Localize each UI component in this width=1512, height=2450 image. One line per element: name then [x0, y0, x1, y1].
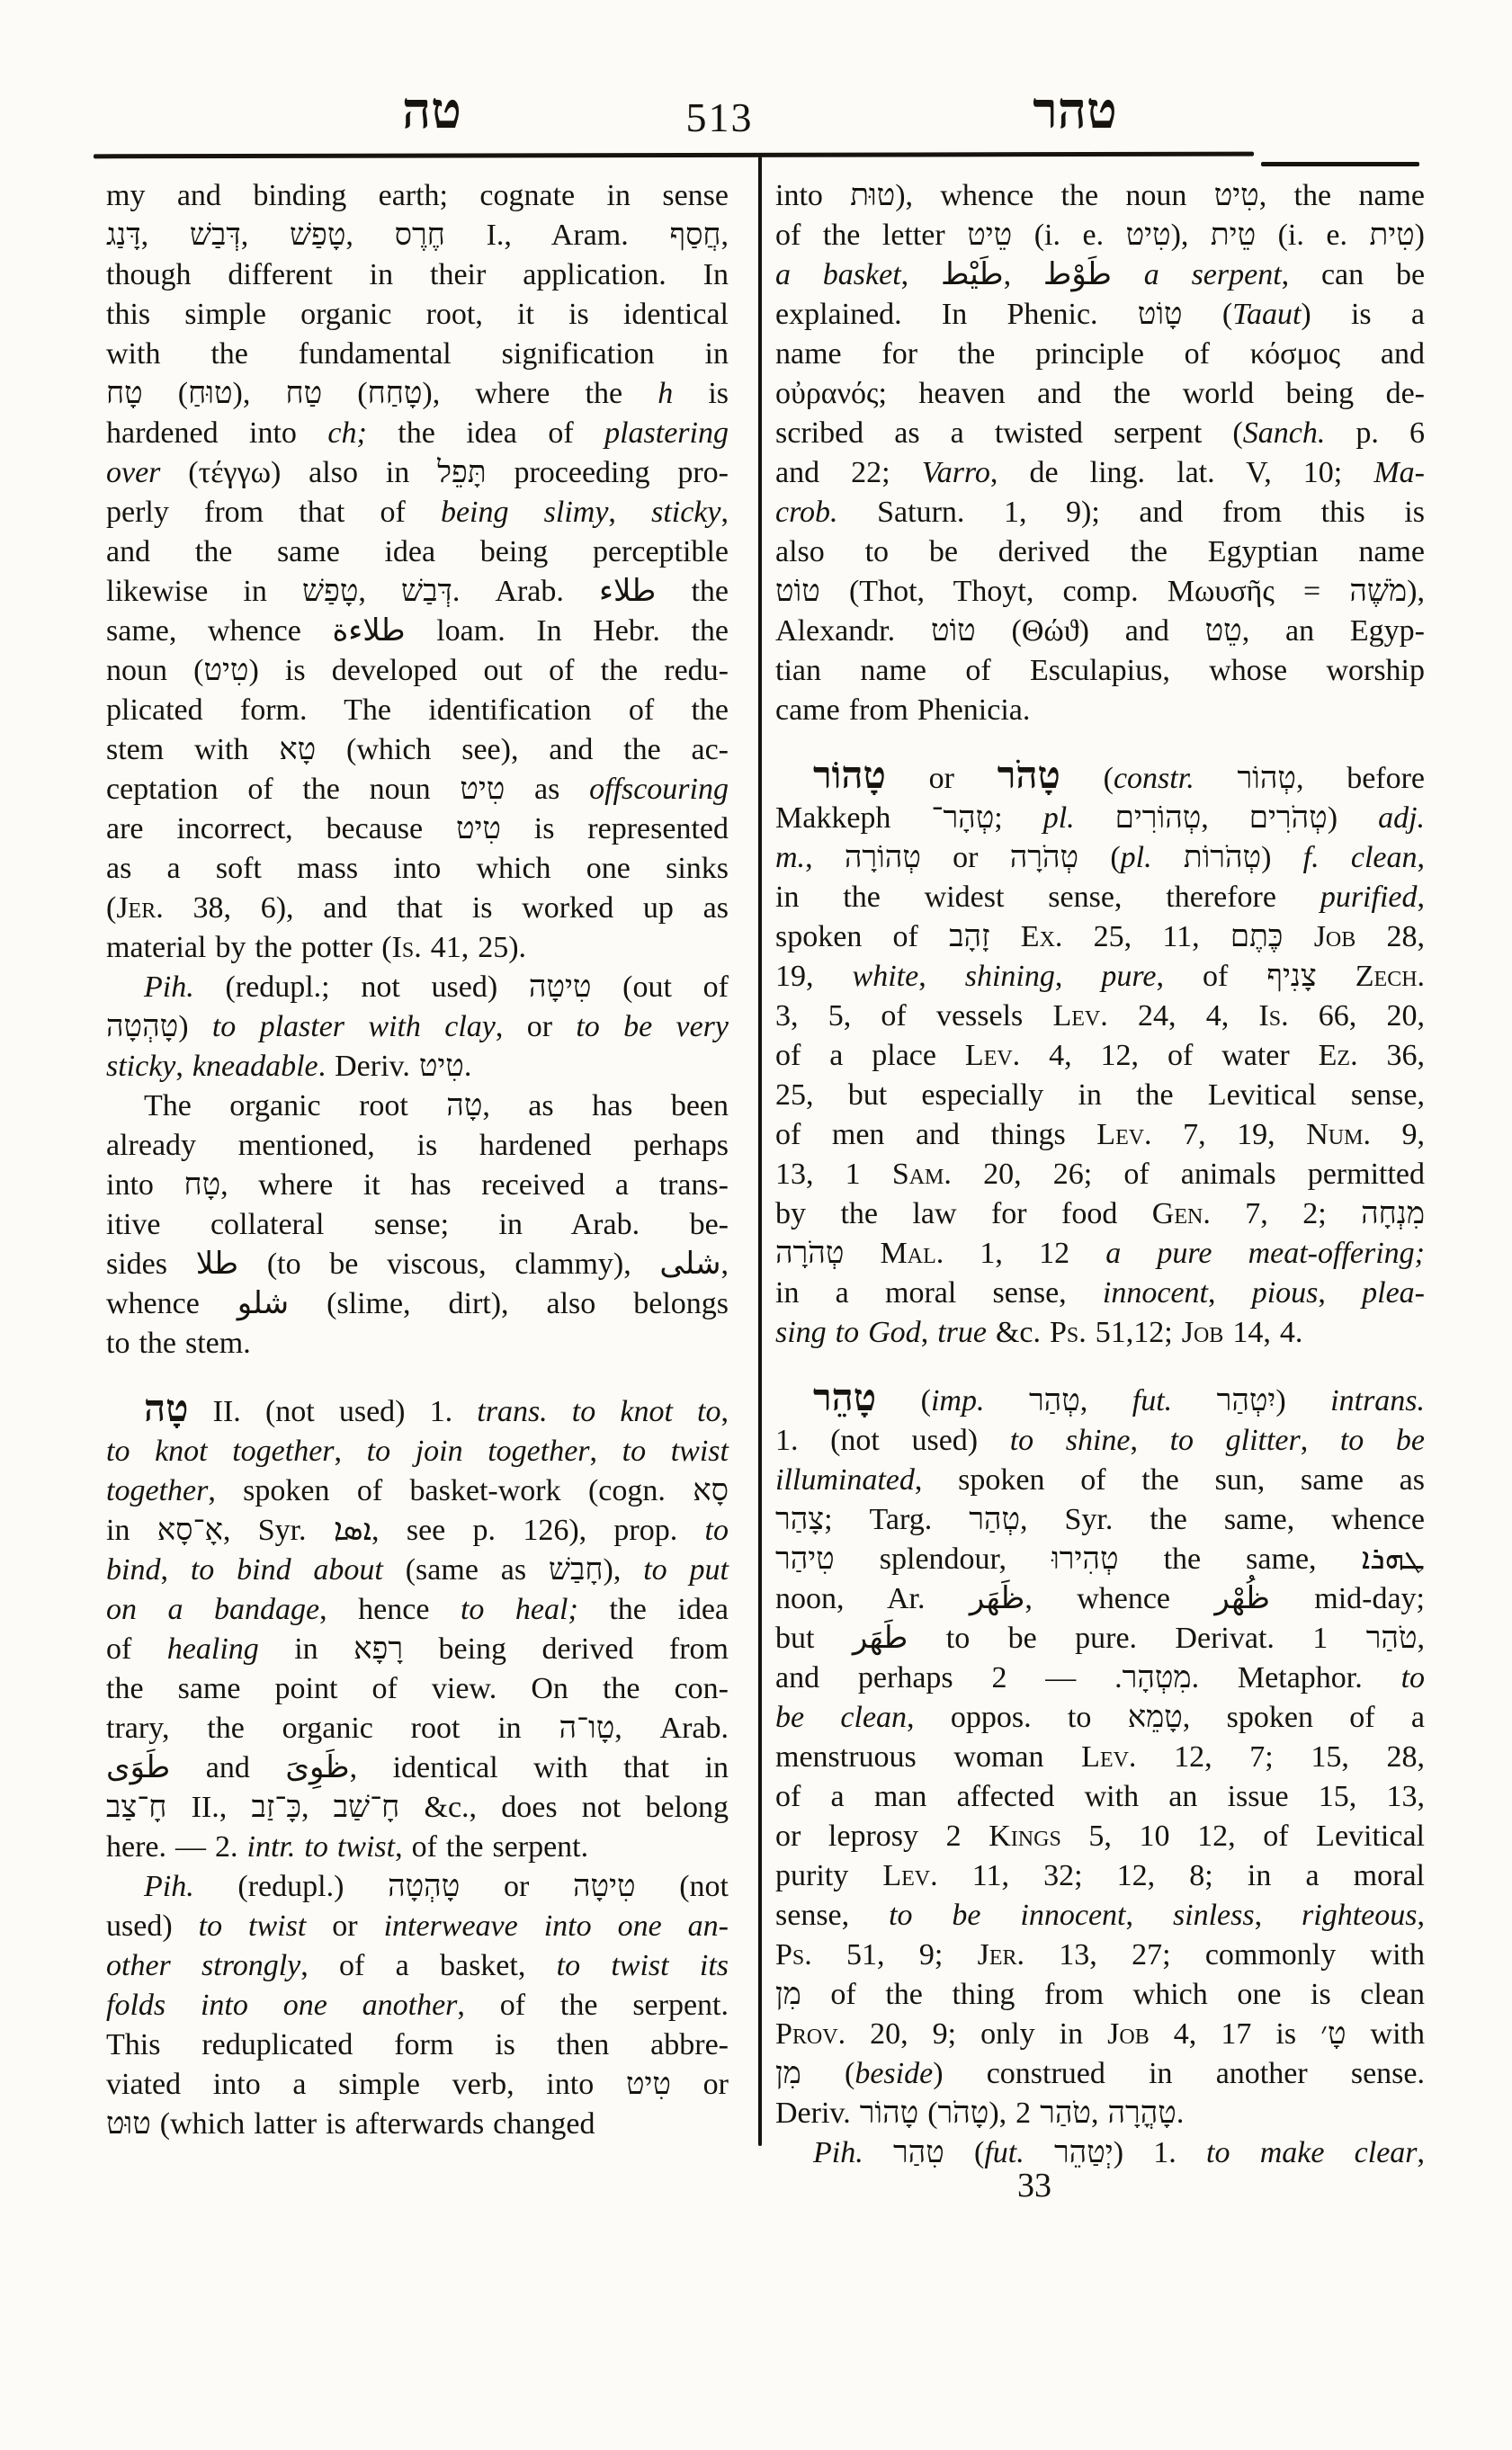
text-line: in אָ־סָא, Syr. ܐܣܐ, see p. 126), prop. … [106, 1511, 729, 1551]
text-line: צָהַר; Targ. טְהַר, Syr. the same, whenc… [775, 1500, 1425, 1540]
text-line: purity Lev. 11, 32; 12, 8; in a moral [775, 1856, 1425, 1896]
text-line: itive collateral sense; in Arab. be- [106, 1205, 729, 1245]
text-line: 3, 5, of vessels Lev. 24, 4, Is. 66, 20, [775, 997, 1425, 1036]
text-line: Deriv. טָהוֹר‎ (טָהֹר),‎ טֹהַר 2,‎ טָהֳר… [775, 2094, 1425, 2133]
text-line: of the letter טֵיט‎ (i. e. טִיט),‎ טֵית‎… [775, 216, 1425, 255]
text-line: of a place Lev. 4, 12, of water Ez. 36, [775, 1036, 1425, 1076]
text-line: ceptation of the noun טִיט as offscourin… [106, 770, 729, 809]
text-line: מִן of the thing from which one is clean [775, 1975, 1425, 2015]
text-line: sing to God, true &c. Ps. 51,12; Job 14,… [775, 1313, 1425, 1353]
text-line: to the stem. [106, 1324, 729, 1364]
lexicon-page: טה 513 טהר my and binding earth; cognate… [0, 0, 1512, 2450]
text-line: as a soft mass into which one sinks [106, 849, 729, 889]
text-line: into טָח, where it has received a trans- [106, 1166, 729, 1205]
text-line: طَوَى and ظَوِىَ, identical with that in [106, 1748, 729, 1788]
text-line: This reduplicated form is then abbre- [106, 2025, 729, 2065]
text-line: 19, white, shining, pure, of צָנִיף Zech… [775, 957, 1425, 997]
text-line: tian name of Esculapius, whose worship [775, 651, 1425, 691]
text-line: מִן (beside) construed in another sense. [775, 2054, 1425, 2094]
text-line: here. — 2. intr. to twist, of the serpen… [106, 1828, 729, 1867]
right-column: into טוּת), whence the noun טִיט, the na… [775, 176, 1425, 2173]
text-line: טָה II. (not used) 1. trans. to knot to, [106, 1390, 729, 1432]
text-line: טָהְטָה) to plaster with clay, or to be … [106, 1007, 729, 1047]
text-line: m., טְהוֹרָה or טְהֹרָה‎ (pl. טְהֹרוֹת) … [775, 838, 1425, 878]
text-line: οὐρανός; heaven and the world being de- [775, 374, 1425, 414]
text-line: and 22; Varro, de ling. lat. V, 10; Ma- [775, 453, 1425, 493]
text-line: hardened into ch; the idea of plastering [106, 414, 729, 453]
page-number: 513 [639, 94, 801, 141]
text-line: Ps. 51, 9; Jer. 13, 27; commonly with [775, 1936, 1425, 1975]
text-line: in the widest sense, therefore purified, [775, 878, 1425, 917]
text-line: plicated form. The identification of the [106, 691, 729, 730]
text-line: spoken of זָהָב Ex. 25, 11, כֶּתֶם Job 2… [775, 917, 1425, 957]
text-line: and perhaps מִטְהָר. — 2. Metaphor. to [775, 1659, 1425, 1698]
text-line: טוֹט‎ (Thot, Thoyt, comp. Μωυσῆς = מֹשֶׁ… [775, 572, 1425, 612]
text-line: menstruous woman Lev. 12, 7; 15, 28, [775, 1738, 1425, 1777]
text-line: material by the potter (Is. 41, 25). [106, 928, 729, 968]
text-line: by the law for food Gen. 7, 2; מִנְחָה [775, 1194, 1425, 1234]
text-line: illuminated, spoken of the sun, same as [775, 1461, 1425, 1500]
text-line: דָּנַג,‎ דְּבַשׁ,‎ טָפַשׁ,‎ חֶרֶס I., Ar… [106, 216, 729, 255]
text-line: my and binding earth; cognate in sense [106, 176, 729, 216]
text-line: stem with טָא (which see), and the ac- [106, 730, 729, 770]
text-line: noun (טִיט) is developed out of the redu… [106, 651, 729, 691]
column-divider [758, 156, 762, 2146]
text-line: though different in their application. I… [106, 255, 729, 295]
text-line: sticky, kneadable. Deriv. טִיט. [106, 1047, 729, 1086]
text-line: Pih. (redupl.; not used) טִיטָה (out of [106, 968, 729, 1007]
text-line: scribed as a twisted serpent (Sanch. p. … [775, 414, 1425, 453]
text-line: 13, 1 Sam. 20, 26; of animals permitted [775, 1155, 1425, 1194]
text-line: טְהֹרָה Mal. 1, 12 a pure meat-offering; [775, 1234, 1425, 1274]
text-line: טִיהַר splendour, טְהִירוּ the same, ܛܗܪ… [775, 1540, 1425, 1579]
text-line: this simple organic root, it is identica… [106, 295, 729, 335]
text-line: viated into a simple verb, into טִיט or [106, 2065, 729, 2105]
text-line: same, whence طلاءة loam. In Hebr. the [106, 612, 729, 651]
text-line: noon, Ar. ظَهَر, whence ظُهْر mid-day; [775, 1579, 1425, 1619]
text-line: טָח‎ (טוּחַ),‎ טַח‎ (טָחַח), where the h… [106, 374, 729, 414]
text-line: sides طلا (to be viscous, clammy), شلى, [106, 1245, 729, 1284]
text-line: of healing in רָפָא being derived from [106, 1630, 729, 1669]
text-line: over (τέγγω) also in תָּפֵל proceeding p… [106, 453, 729, 493]
text-line: חָ־צַב II.,‎ כָּ־זַב,‎ חָ־שַׁב &c., does… [106, 1788, 729, 1828]
text-line: perly from that of being slimy, sticky, [106, 493, 729, 532]
text-line: Alexandr. טוֹט‎ (Θώϑ) and טֵט, an Egyp- [775, 612, 1425, 651]
text-line: together, spoken of basket-work (cogn. ס… [106, 1471, 729, 1511]
text-line: (Jer. 38, 6), and that is worked up as [106, 889, 729, 928]
text-line: other strongly, of a basket, to twist it… [106, 1946, 729, 1986]
text-line: the same point of view. On the con- [106, 1669, 729, 1709]
text-line: Makkeph טְהָר־;‎ pl. טְהוֹרִים,‎ טְהֹרִי… [775, 799, 1425, 838]
text-line: sense, to be innocent, sinless, righteou… [775, 1896, 1425, 1936]
text-line: and the same idea being perceptible [106, 532, 729, 572]
text-line: טָהוֹר or טָהֹר (constr. טְהוֹר, before [775, 757, 1425, 799]
text-line: 25, but especially in the Levitical sens… [775, 1076, 1425, 1115]
text-line: name for the principle of κόσμος and [775, 335, 1425, 374]
text-line: טוּט (which latter is afterwards changed [106, 2105, 729, 2144]
text-line: in a moral sense, innocent, pious, plea- [775, 1274, 1425, 1313]
text-line: a basket, طَيْط,‎ طَوْط a serpent, can b… [775, 255, 1425, 295]
text-line: 1. (not used) to shine, to glitter, to b… [775, 1421, 1425, 1461]
text-line: likewise in טָפַשׁ,‎ דְּבַשׁ. Arab. طلاء… [106, 572, 729, 612]
text-line: to knot together, to join together, to t… [106, 1432, 729, 1471]
text-line: of a man affected with an issue 15, 13, [775, 1777, 1425, 1817]
signature-number: 33 [899, 2166, 1169, 2205]
text-line: with the fundamental signification in [106, 335, 729, 374]
text-line: explained. In Phenic. טָוֹט (Taaut) is a [775, 295, 1425, 335]
text-line: also to be derived the Egyptian name [775, 532, 1425, 572]
text-line: came from Phenicia. [775, 691, 1425, 730]
text-line: or leprosy 2 Kings 5, 10 12, of Levitica… [775, 1817, 1425, 1856]
header-left-keyword: טה [351, 83, 513, 140]
text-line: The organic root טָה, as has been [106, 1086, 729, 1126]
text-line: trary, the organic root in טָו־ה, Arab. [106, 1709, 729, 1748]
text-line: into טוּת), whence the noun טִיט, the na… [775, 176, 1425, 216]
text-line: already mentioned, is hardened perhaps [106, 1126, 729, 1166]
text-line: on a bandage, hence to heal; the idea [106, 1590, 729, 1630]
header-rule-left-segment [94, 152, 1254, 159]
text-line: of men and things Lev. 7, 19, Num. 9, [775, 1115, 1425, 1155]
text-line: are incorrect, because טִיט is represent… [106, 809, 729, 849]
left-column: my and binding earth; cognate in senseדָ… [106, 176, 729, 2144]
text-line: whence شلو (slime, dirt), also belongs [106, 1284, 729, 1324]
text-line: folds into one another, of the serpent. [106, 1986, 729, 2025]
text-line: be clean, oppos. to טָמֵא, spoken of a [775, 1698, 1425, 1738]
text-line: crob. Saturn. 1, 9); and from this is [775, 493, 1425, 532]
header-right-keyword: טהר [989, 83, 1160, 140]
text-line: Pih. (redupl.) טָהְטָה or טִיטָה (not [106, 1867, 729, 1907]
text-line: Prov. 20, 9; only in Job 4, 17 is טָ׳ wi… [775, 2015, 1425, 2054]
text-line: bind, to bind about (same as חָבַשׁ), to… [106, 1551, 729, 1590]
text-line: but طَهَر to be pure. Derivat. טֹהַר 1, [775, 1619, 1425, 1659]
header-rule-right-segment [1261, 162, 1419, 166]
text-line: טָהֵר (imp. טְהַר, fut. יִטְהַר) intrans… [775, 1380, 1425, 1421]
text-line: used) to twist or interweave into one an… [106, 1907, 729, 1946]
